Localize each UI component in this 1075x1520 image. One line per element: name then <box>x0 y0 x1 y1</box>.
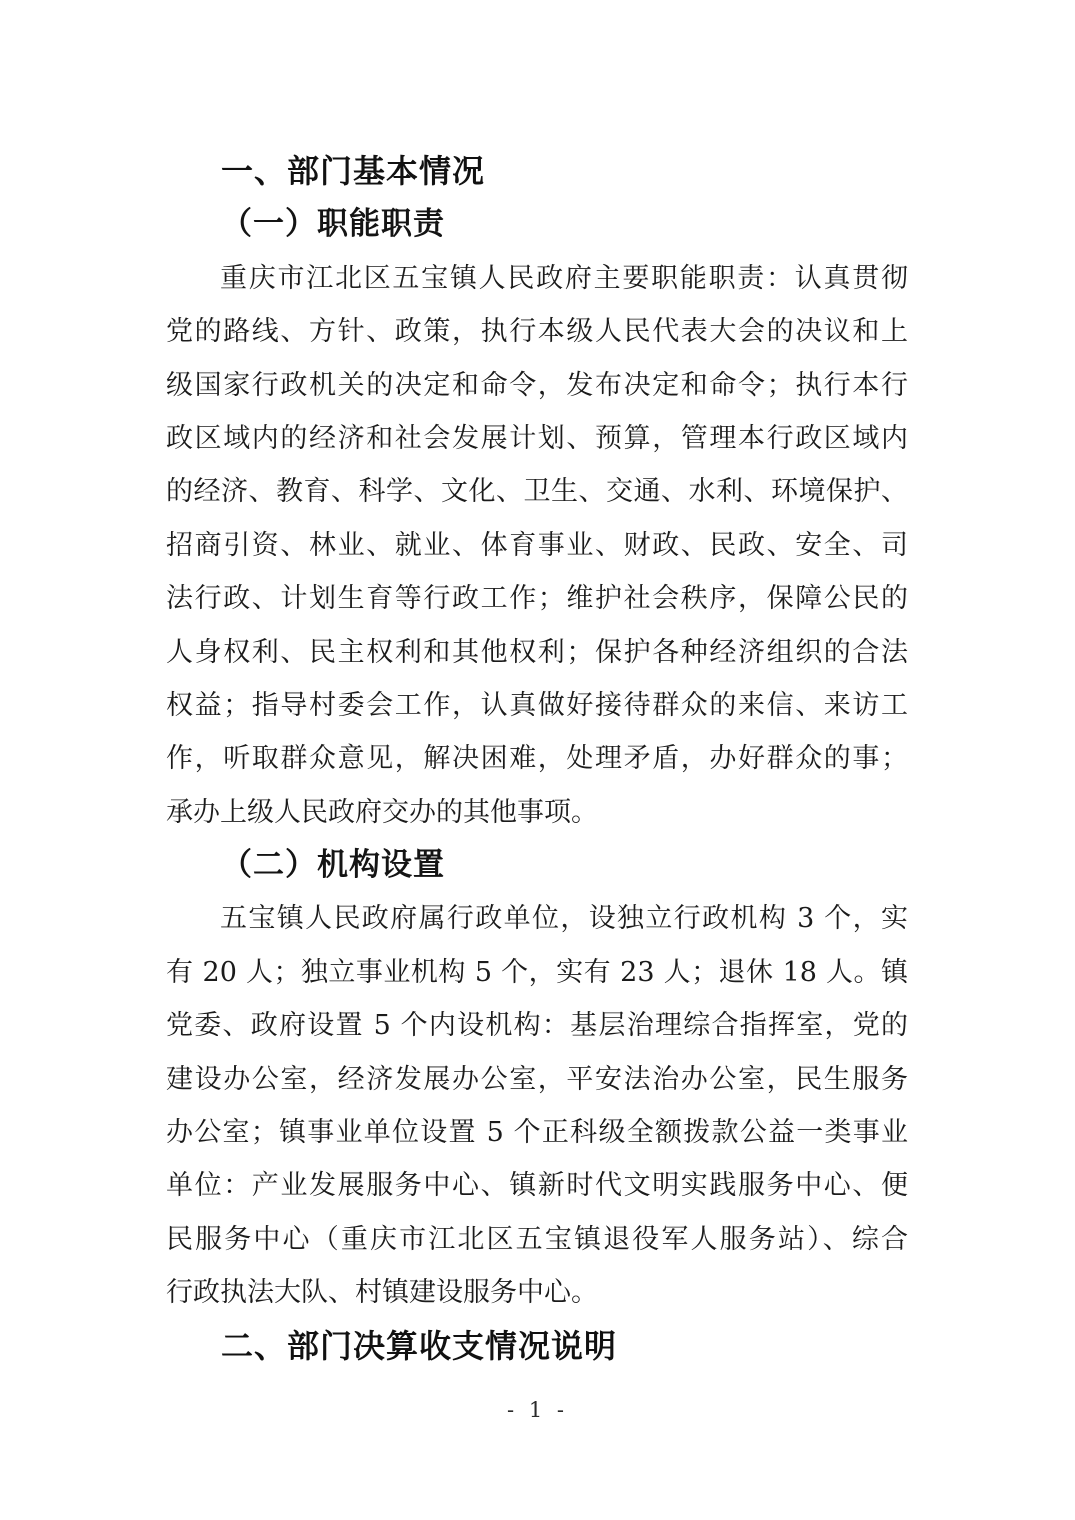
body-line: 作，听取群众意见，解决困难，处理矛盾，办好群众的事； <box>166 732 908 785</box>
body-line: 五宝镇人民政府属行政单位，设独立行政机构 3 个，实 <box>166 892 908 945</box>
body-line: 权益；指导村委会工作，认真做好接待群众的来信、来访工 <box>166 679 908 732</box>
body-line: 的经济、教育、科学、文化、卫生、交通、水利、环境保护、 <box>166 465 908 518</box>
document-body: 一、部门基本情况 （一）职能职责 重庆市江北区五宝镇人民政府主要职能职责：认真贯… <box>166 145 908 1373</box>
body-line: 行政执法大队、村镇建设服务中心。 <box>166 1266 908 1319</box>
subsection-title-1: （一）职能职责 <box>166 198 908 251</box>
body-line: 建设办公室，经济发展办公室，平安法治办公室，民生服务 <box>166 1053 908 1106</box>
subsection-title-2: （二）机构设置 <box>166 839 908 892</box>
body-line: 办公室；镇事业单位设置 5 个正科级全额拨款公益一类事业 <box>166 1106 908 1159</box>
body-line: 有 20 人；独立事业机构 5 个，实有 23 人；退休 18 人。镇 <box>166 946 908 999</box>
body-line: 重庆市江北区五宝镇人民政府主要职能职责：认真贯彻 <box>166 252 908 305</box>
body-line: 法行政、计划生育等行政工作；维护社会秩序，保障公民的 <box>166 572 908 625</box>
body-line: 单位：产业发展服务中心、镇新时代文明实践服务中心、便 <box>166 1159 908 1212</box>
body-line: 人身权利、民主权利和其他权利；保护各种经济组织的合法 <box>166 626 908 679</box>
body-line: 党委、政府设置 5 个内设机构：基层治理综合指挥室，党的 <box>166 999 908 1052</box>
document-page: 一、部门基本情况 （一）职能职责 重庆市江北区五宝镇人民政府主要职能职责：认真贯… <box>0 0 1075 1520</box>
page-number: - 1 - <box>0 1398 1075 1422</box>
body-line: 政区域内的经济和社会发展计划、预算，管理本行政区域内 <box>166 412 908 465</box>
main-heading-2: 二、部门决算收支情况说明 <box>166 1320 908 1373</box>
body-line: 民服务中心（重庆市江北区五宝镇退役军人服务站）、综合 <box>166 1213 908 1266</box>
body-line: 承办上级人民政府交办的其他事项。 <box>166 786 908 839</box>
main-heading-1: 一、部门基本情况 <box>166 145 908 198</box>
body-line: 级国家行政机关的决定和命令，发布决定和命令；执行本行 <box>166 359 908 412</box>
body-line: 党的路线、方针、政策，执行本级人民代表大会的决议和上 <box>166 305 908 358</box>
body-line: 招商引资、林业、就业、体育事业、财政、民政、安全、司 <box>166 519 908 572</box>
